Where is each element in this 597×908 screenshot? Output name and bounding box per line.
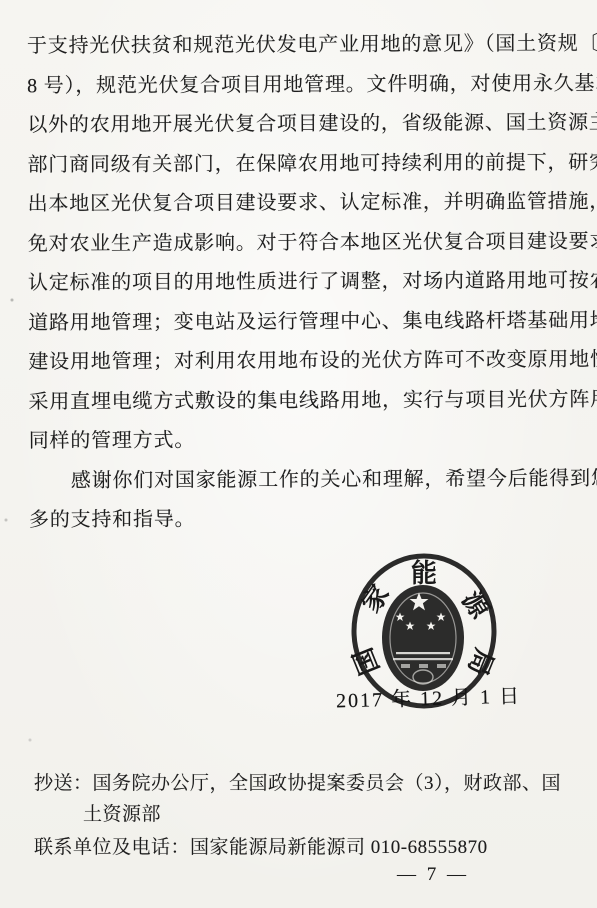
seal-char: 能 <box>411 558 437 588</box>
body-text: 于支持光伏扶贫和规范光伏发电产业用地的意见》（国土资规〔2017〕 8 号），规… <box>27 25 574 541</box>
national-emblem-icon <box>382 585 464 691</box>
scanned-document-page: 于支持光伏扶贫和规范光伏发电产业用地的意见》（国土资规〔2017〕 8 号），规… <box>0 0 597 908</box>
body-text-line: 道路用地管理；变电站及运行管理中心、集电线路杆塔基础用地按 <box>28 301 573 343</box>
cc-line-1: 抄送：国务院办公厅，全国政协提案委员会（3），财政部、国 <box>34 768 574 799</box>
body-text-line: 于支持光伏扶贫和规范光伏发电产业用地的意见》（国土资规〔2017〕 <box>27 25 572 67</box>
seal-date: 2017 年 12 月 1 日 <box>336 680 522 714</box>
body-text-line: 免对农业生产造成影响。对于符合本地区光伏复合项目建设要求和 <box>28 222 573 264</box>
seal-char: 源 <box>456 585 496 624</box>
closing-line: 感谢你们对国家能源工作的关心和理解，希望今后能得到您更 <box>29 459 574 501</box>
body-text-line: 出本地区光伏复合项目建设要求、认定标准，并明确监管措施，避 <box>28 183 573 225</box>
body-text-line: 同样的管理方式。 <box>29 420 574 462</box>
body-text-line: 认定标准的项目的用地性质进行了调整，对场内道路用地可按农村 <box>28 262 573 304</box>
body-text-line: 8 号），规范光伏复合项目用地管理。文件明确，对使用永久基本农田 <box>27 64 572 106</box>
body-text-line: 建设用地管理；对利用农用地布设的光伏方阵可不改变原用地性质； <box>28 341 573 383</box>
body-text-line: 采用直埋电缆方式敷设的集电线路用地，实行与项目光伏方阵用地 <box>28 380 573 422</box>
body-text-line: 以外的农用地开展光伏复合项目建设的，省级能源、国土资源主管 <box>27 104 572 146</box>
body-text-line: 部门商同级有关部门，在保障农用地可持续利用的前提下，研究提 <box>27 143 572 185</box>
footer: 抄送：国务院办公厅，全国政协提案委员会（3），财政部、国 土资源部 联系单位及电… <box>34 768 574 863</box>
closing-line: 多的支持和指导。 <box>29 499 574 541</box>
cc-line-2: 土资源部 <box>34 799 574 830</box>
contact-line: 联系单位及电话：国家能源局新能源司 010-68555870 <box>34 832 574 863</box>
page-number: — 7 — <box>397 864 469 886</box>
